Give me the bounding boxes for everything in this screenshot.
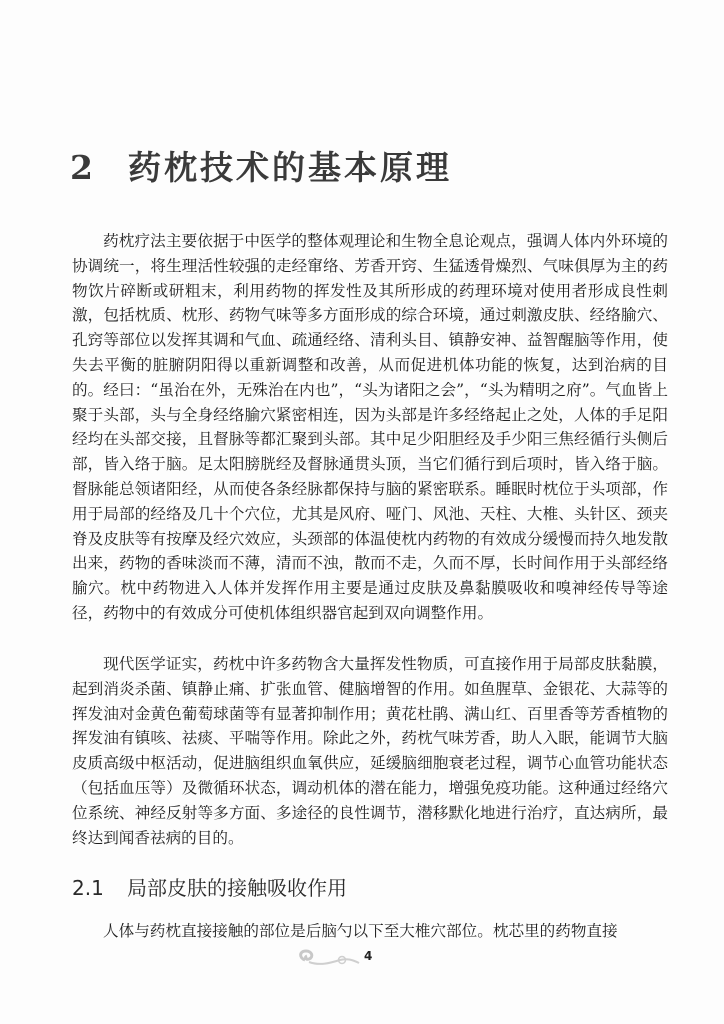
paragraph-2: 现代医学证实，药枕中许多药物含大量挥发性物质，可直接作用于局部皮肤黏膜，起到消炎… [72, 652, 668, 850]
chapter-title: 2药枕技术的基本原理 [70, 142, 452, 189]
section-title-text: 局部皮肤的接触吸收作用 [127, 876, 347, 900]
page-number: 4 [364, 949, 372, 963]
section-title: 2.1局部皮肤的接触吸收作用 [72, 872, 347, 901]
chapter-number: 2 [70, 148, 128, 187]
paragraph-1: 药枕疗法主要依据于中医学的整体观理论和生物全息论观点，强调人体内外环境的协调统一… [72, 229, 668, 626]
paragraph-1-text: 药枕疗法主要依据于中医学的整体观理论和生物全息论观点，强调人体内外环境的协调统一… [72, 232, 668, 622]
chapter-title-text: 药枕技术的基本原理 [128, 148, 452, 187]
paragraph-3: 人体与药枕直接接触的部位是后脑勺以下至大椎穴部位。枕芯里的药物直接 [72, 919, 668, 944]
section-number: 2.1 [72, 876, 127, 900]
paragraph-3-text: 人体与药枕直接接触的部位是后脑勺以下至大椎穴部位。枕芯里的药物直接 [103, 922, 618, 940]
paragraph-2-text: 现代医学证实，药枕中许多药物含大量挥发性物质，可直接作用于局部皮肤黏膜，起到消炎… [72, 655, 668, 847]
